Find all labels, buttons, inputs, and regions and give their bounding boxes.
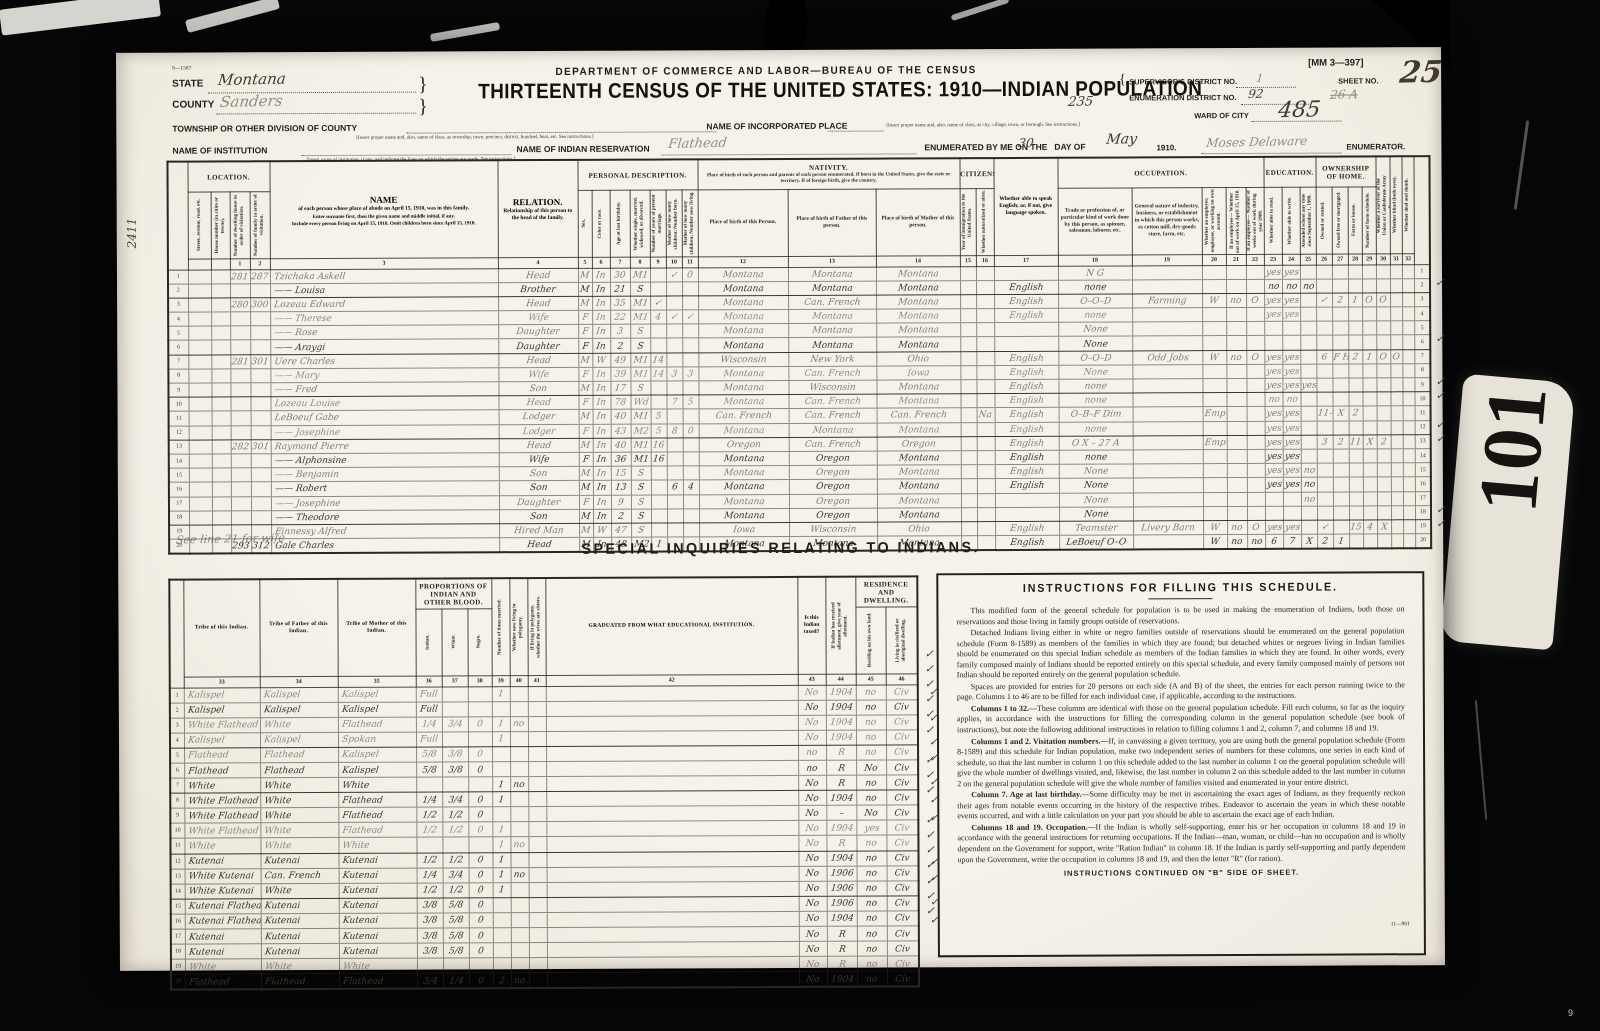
pencil-checkmark: ✓ [929, 735, 938, 748]
cell: Can. French [788, 366, 876, 381]
cell [1227, 421, 1247, 435]
cell: 2 [1332, 293, 1348, 307]
cell [528, 761, 546, 776]
cell: Montana [876, 280, 960, 295]
cell [493, 897, 511, 912]
cell: —— Therese [270, 311, 498, 326]
cell [1333, 463, 1349, 477]
row-number: 13 [169, 440, 189, 454]
cell [529, 973, 547, 988]
cell [1403, 434, 1415, 448]
cell [1376, 307, 1390, 321]
cell: F [578, 367, 592, 381]
cell: White [260, 717, 338, 732]
cell [1402, 349, 1414, 363]
cell [1227, 407, 1247, 421]
cell: Head [499, 396, 579, 411]
day-of-label: DAY OF [1054, 142, 1085, 152]
cell [1348, 321, 1362, 335]
cell: 21 [610, 282, 630, 296]
cell: 1904 [827, 971, 857, 986]
cell [1403, 392, 1415, 406]
cell: White [184, 838, 260, 853]
cell: O X – 27 A [1059, 436, 1133, 451]
cell: 3 [682, 367, 698, 381]
pencil-checkmark: ✓ [929, 793, 938, 806]
cell [1390, 307, 1402, 321]
cell [546, 821, 798, 837]
cell: 5/8 [443, 943, 469, 958]
cell: 2 [1333, 435, 1349, 449]
cell: Montana [788, 281, 876, 296]
cell [1247, 435, 1265, 449]
cell: R [827, 956, 857, 971]
cell [230, 284, 250, 298]
county-label: COUNTY [172, 99, 214, 110]
cell [212, 525, 231, 539]
row-number: 8 [168, 369, 188, 383]
cell: In [592, 310, 610, 324]
cell [211, 383, 230, 397]
cell: New York [788, 352, 876, 367]
cell [976, 351, 994, 365]
cell: no [510, 716, 528, 731]
cell [546, 745, 798, 761]
cell [976, 365, 994, 379]
cell: R [826, 745, 856, 760]
cell [1227, 478, 1247, 492]
column-number: 46 [886, 673, 918, 684]
cell: —— Louisa [270, 282, 498, 297]
cell: none [1058, 280, 1132, 295]
cell [1363, 420, 1377, 434]
cell: Odd Jobs [1132, 350, 1202, 364]
cell: 1904 [826, 821, 856, 836]
cell [1247, 492, 1265, 506]
cell: yes [1265, 463, 1283, 477]
cell [1227, 492, 1247, 506]
cell: yes [1265, 407, 1283, 421]
cell: Son [499, 467, 579, 482]
cell: ✓ [1316, 293, 1332, 307]
reservation-value: Flathead [667, 136, 727, 152]
cell [1317, 378, 1333, 392]
cell: In [593, 438, 611, 452]
cell: 300 [250, 298, 270, 312]
cell [1363, 392, 1377, 406]
left-margin-note: 2411 [125, 218, 139, 249]
cell [442, 686, 468, 701]
row-number: 6 [168, 341, 188, 355]
cell [1301, 435, 1317, 449]
column-number: 30 [1376, 253, 1390, 264]
cell [1317, 421, 1333, 435]
cell: yes [1265, 520, 1283, 534]
cell: F [578, 325, 592, 339]
cell [230, 340, 250, 354]
cell [1247, 449, 1265, 463]
cell: 1/2 [416, 807, 442, 822]
cell: English [995, 436, 1059, 450]
cell: Flathead [260, 762, 338, 777]
cell [1403, 364, 1415, 378]
cell [1332, 279, 1348, 293]
cell: 1904 [826, 715, 856, 730]
cell: M [578, 268, 592, 282]
row-number: 5 [168, 326, 188, 340]
cell [1377, 420, 1391, 434]
cell [1227, 464, 1247, 478]
cell: no [856, 700, 886, 715]
cell: Kutenai [339, 883, 417, 898]
cell: Flathead [261, 974, 339, 989]
cell: Kalispel [260, 702, 338, 717]
cell [1390, 293, 1402, 307]
cell: White [338, 777, 416, 792]
cell: Oregon [699, 437, 789, 452]
column-number: 22 [1246, 254, 1264, 265]
cell [493, 928, 511, 943]
cell: M [579, 466, 593, 480]
cell [230, 383, 250, 397]
column-number: 28 [1348, 253, 1362, 264]
cell: White [260, 777, 338, 792]
cell [211, 369, 230, 383]
row-number: 14 [1415, 449, 1431, 463]
cell [189, 511, 212, 525]
cell: White Kutenai [185, 883, 261, 898]
row-number: 8 [170, 793, 184, 808]
row-number: 12 [169, 426, 189, 440]
instructions-paragraph: Columns 18 and 19. Occupation.—If the In… [957, 821, 1405, 865]
cell: M [578, 353, 592, 367]
cell: No [798, 730, 826, 745]
cell: yes [1282, 293, 1300, 307]
row-number: 16 [1415, 477, 1431, 491]
cell [251, 425, 271, 439]
enum-district-value: 92 [1247, 87, 1264, 101]
cell: no [798, 760, 826, 775]
cell [1133, 379, 1203, 393]
cell: Wd [631, 395, 651, 409]
column-number: 17 [994, 255, 1058, 266]
column-number [211, 258, 230, 269]
column-header: Indian. [415, 608, 441, 675]
cell: 1/2 [442, 852, 468, 867]
cell: Na [977, 408, 995, 422]
row-number: 3 [168, 298, 188, 312]
column-number: 27 [1332, 254, 1348, 265]
cell [977, 394, 995, 408]
column-header: Whether able to speak English; or, if no… [994, 158, 1058, 255]
column-number: 20 [1202, 254, 1226, 265]
cell [547, 957, 799, 973]
row-number: 15 [169, 468, 189, 482]
cell: F [579, 424, 593, 438]
incorporated-label: NAME OF INCORPORATED PLACE [706, 121, 847, 132]
cell: Kalispel [338, 762, 416, 777]
cell [1283, 506, 1301, 520]
cell [960, 323, 976, 337]
cell: Wife [498, 310, 578, 325]
cell: Civ [887, 911, 919, 926]
cell [1363, 378, 1377, 392]
mm-code: [MM 3—397] [1308, 57, 1363, 68]
cell [1317, 364, 1333, 378]
cell: None [1059, 478, 1133, 493]
cell: None [1058, 322, 1132, 337]
cell [251, 411, 271, 425]
cell: no [857, 911, 887, 926]
cell [528, 822, 546, 837]
cell: no [1226, 350, 1246, 364]
cell [546, 791, 798, 807]
cell [188, 298, 211, 312]
cell: Spokan [338, 732, 416, 747]
cell [510, 701, 528, 716]
cell: yes [1265, 478, 1283, 492]
row-number: 11 [169, 411, 189, 425]
cell [667, 409, 683, 423]
cell: Can. French [789, 437, 877, 452]
column-number: 6 [592, 257, 610, 268]
cell [1403, 463, 1415, 477]
cell: 4 [650, 310, 666, 324]
column-number: 35 [338, 676, 416, 687]
pencil-checkmark: ✓ [925, 723, 934, 736]
cell [1203, 449, 1227, 463]
column-number: 14 [876, 255, 960, 266]
cell: 5/8 [416, 747, 442, 762]
column-header: Whether able to write. [1282, 187, 1300, 254]
cell [960, 280, 976, 294]
cell [212, 397, 231, 411]
cell [961, 479, 977, 493]
cell [1391, 449, 1403, 463]
cell: yes [1282, 350, 1300, 364]
column-header: Number of family in order of visitation. [250, 191, 270, 258]
cell: Montana [699, 423, 789, 438]
cell: 2 [1349, 406, 1363, 420]
cell: yes [1283, 364, 1301, 378]
column-header: Mother of how many children: Number born… [666, 189, 682, 256]
cell [188, 369, 211, 383]
cell: 3/4 [442, 717, 468, 732]
cell [547, 926, 799, 942]
cell: 3/8 [442, 747, 468, 762]
cell: Flathead [338, 717, 416, 732]
cell [1301, 407, 1317, 421]
cell: Montana [698, 366, 788, 381]
cell [250, 283, 270, 297]
cell [976, 294, 994, 308]
film-scratch [185, 0, 280, 33]
column-header: House number (in cities or towns). [211, 191, 230, 258]
cell [510, 731, 528, 746]
row-number: 5 [1414, 321, 1430, 335]
cell [1349, 491, 1363, 505]
census-sheet: 9—1587 STATE Montana } COUNTY Sanders } … [116, 47, 1445, 971]
cell [250, 312, 270, 326]
row-number: 19 [1415, 520, 1431, 534]
column-header: GRADUATED FROM WHAT EDUCATIONAL INSTITUT… [545, 577, 797, 675]
cell: 36 [611, 452, 631, 466]
cell [667, 466, 683, 480]
cell: Kutenai [184, 853, 260, 868]
cell: In [593, 509, 611, 523]
column-number: 13 [788, 256, 876, 267]
cell [1246, 279, 1264, 293]
column-number: 41 [528, 675, 546, 686]
cell: ✓ [682, 310, 698, 324]
enumerator-label: ENUMERATOR. [1346, 142, 1405, 151]
cell [188, 340, 211, 354]
column-header: Farm or house. [1348, 186, 1362, 253]
cell: Civ [887, 866, 919, 881]
column-group-header: OWNERSHIP OF HOME. [1316, 156, 1376, 186]
cell: N G [1058, 265, 1132, 280]
cell [651, 466, 667, 480]
cell [960, 365, 976, 379]
cell: No [798, 790, 826, 805]
cell: Civ [887, 956, 919, 971]
column-header: Place of birth of this Person. [698, 189, 788, 256]
cell [528, 716, 546, 731]
cell [231, 468, 251, 482]
cell [231, 397, 251, 411]
cell: yes [1283, 463, 1301, 477]
cell: No [798, 715, 826, 730]
row-number: 15 [171, 899, 185, 914]
row-number: 17 [169, 497, 189, 511]
pencil-checkmark: ✓ [925, 829, 934, 842]
cell: Civ [887, 850, 919, 865]
cell [189, 397, 212, 411]
cell [546, 760, 798, 776]
cell: In [592, 367, 610, 381]
cell [1133, 478, 1203, 492]
cell: Wisconsin [698, 352, 788, 367]
film-scratch [0, 0, 161, 36]
cell [1377, 392, 1391, 406]
cell [529, 867, 547, 882]
cell: Civ [886, 684, 918, 699]
township-label: TOWNSHIP OR OTHER DIVISION OF COUNTY [172, 123, 357, 134]
cell [529, 912, 547, 927]
cell: M1 [630, 310, 650, 324]
cell: Montana [699, 508, 789, 523]
cell: no [1264, 279, 1282, 293]
cell [1301, 392, 1317, 406]
population-table: LOCATION.NAMEof each person whose place … [166, 155, 1432, 554]
cell [230, 369, 250, 383]
cell [1402, 321, 1414, 335]
cell: yes [1265, 378, 1283, 392]
row-number: 9 [168, 383, 188, 397]
cell [1247, 506, 1265, 520]
cell: W [593, 523, 611, 537]
cell: 1/2 [416, 822, 442, 837]
cell [683, 494, 699, 508]
cell: S [631, 495, 651, 509]
cell: 1/2 [416, 853, 442, 868]
row-number: 14 [171, 884, 185, 899]
cell: no [1265, 392, 1283, 406]
cell [650, 282, 666, 296]
cell: Can. French [789, 394, 877, 409]
cell [1132, 265, 1202, 279]
cell [1391, 463, 1403, 477]
column-header: Whether able to read. [1264, 187, 1282, 254]
cell: 0 [468, 807, 492, 822]
cell: Iowa [876, 366, 960, 381]
cell: 1/4 [443, 973, 469, 988]
cell: 0 [469, 898, 493, 913]
cell [212, 482, 231, 496]
row-number: 1 [170, 688, 184, 703]
cell: 15 [611, 466, 631, 480]
cell: Lodger [499, 424, 579, 439]
cell: Head [498, 296, 578, 311]
column-number: 23 [1264, 254, 1282, 265]
cell: Kutenai [339, 943, 417, 958]
cell [1377, 449, 1391, 463]
cell: R [826, 775, 856, 790]
cell: English [995, 408, 1059, 422]
special-inquiries-table: Tribe of this Indian.Tribe of Father of … [168, 575, 920, 990]
row-number: 13 [1415, 434, 1431, 448]
column-header: Negro. [467, 608, 491, 675]
cell [468, 837, 492, 852]
cell: Civ [886, 730, 918, 745]
cell [528, 686, 546, 701]
cell [1332, 265, 1348, 279]
cell: F [578, 339, 592, 353]
cell: yes [1264, 307, 1282, 321]
cell [529, 928, 547, 943]
cell [211, 326, 230, 340]
enum-district-struck: 26 A [1329, 87, 1358, 102]
cell: 3/4 [417, 973, 443, 988]
row-number: 11 [1415, 406, 1431, 420]
cell: 2 [611, 509, 631, 523]
row-number: 3 [170, 718, 184, 733]
cell: 1 [492, 837, 510, 852]
column-header: Number of dwelling house in order of vis… [230, 191, 250, 258]
cell [188, 312, 211, 326]
column-number: 11 [682, 256, 698, 267]
cell: Montana [877, 380, 961, 395]
cell [1391, 420, 1403, 434]
cell [510, 686, 528, 701]
cell: Flathead [184, 763, 260, 778]
cell: X [1363, 435, 1377, 449]
film-scratch [951, 0, 1010, 21]
cell: 11–O [1317, 406, 1333, 420]
cell [960, 337, 976, 351]
cell [1133, 393, 1203, 407]
row-number: 18 [171, 944, 185, 959]
column-header: Place of birth of Mother of this person. [876, 188, 960, 255]
cell: 1904 [827, 851, 857, 866]
pencil-checkmark: ✓ [1435, 332, 1444, 345]
cell [528, 746, 546, 761]
year-label: 1910. [1156, 143, 1176, 152]
cell: F H [1332, 350, 1348, 364]
cell: In [592, 381, 610, 395]
cell [251, 525, 271, 539]
cell [1403, 449, 1415, 463]
